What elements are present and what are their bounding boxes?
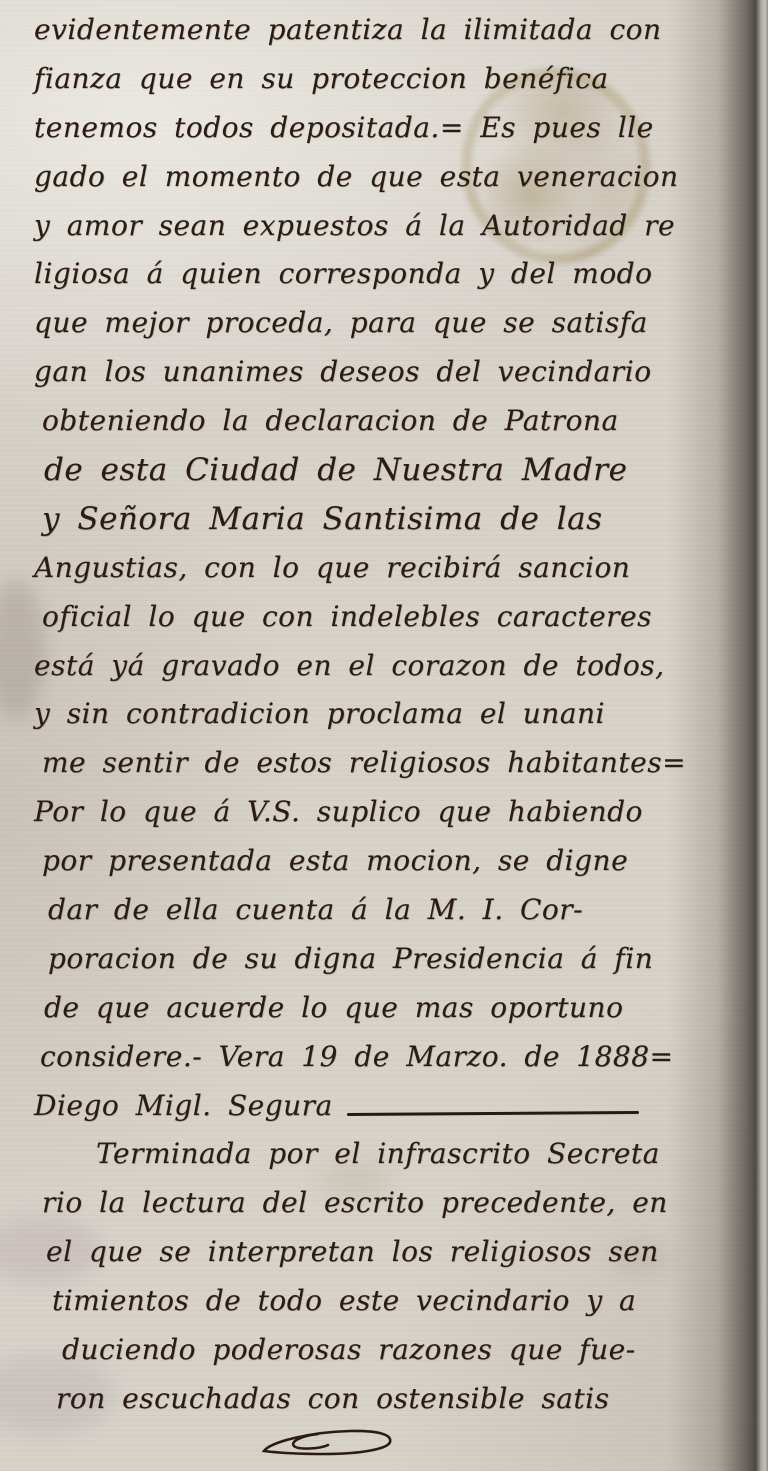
manuscript-line: me sentir de estos religiosos habitantes… <box>0 739 760 788</box>
manuscript-line: tenemos todos depositada.= Es pues lle <box>0 104 760 153</box>
manuscript-line: gado el momento de que esta veneracion <box>0 153 760 202</box>
manuscript-line: ron escuchadas con ostensible satis <box>0 1375 760 1424</box>
manuscript-line: Terminada por el infrascrito Secreta <box>0 1130 760 1179</box>
manuscript-line: está yá gravado en el corazon de todos, <box>0 642 760 691</box>
signature-name: Diego Migl. Segura <box>34 1082 333 1131</box>
manuscript-line: considere.- Vera 19 de Marzo. de 1888= <box>0 1033 760 1082</box>
manuscript-line: ligiosa á quien corresponda y del modo <box>0 250 760 299</box>
manuscript-line: y Señora Maria Santisima de las <box>0 495 760 544</box>
manuscript-line: rio la lectura del escrito precedente, e… <box>0 1179 760 1228</box>
manuscript-line: de esta Ciudad de Nuestra Madre <box>0 446 760 495</box>
manuscript-line: gan los unanimes deseos del vecindario <box>0 348 760 397</box>
manuscript-line: Angustias, con lo que recibirá sancion <box>0 544 760 593</box>
manuscript-text-block: evidentemente patentiza la ilimitada con… <box>0 6 760 1424</box>
manuscript-line: de que acuerde lo que mas oportuno <box>0 984 760 1033</box>
manuscript-line: fianza que en su proteccion benéfica <box>0 55 760 104</box>
scanned-page: evidentemente patentiza la ilimitada con… <box>0 0 768 1471</box>
manuscript-line: por presentada esta mocion, se digne <box>0 837 760 886</box>
signature-line: Diego Migl. Segura <box>0 1082 760 1131</box>
manuscript-line: y amor sean expuestos á la Autoridad re <box>0 202 760 251</box>
pen-flourish-icon <box>250 1418 400 1464</box>
manuscript-line: el que se interpretan los religiosos sen <box>0 1228 760 1277</box>
manuscript-line: obteniendo la declaracion de Patrona <box>0 397 760 446</box>
manuscript-line: oficial lo que con indelebles caracteres <box>0 593 760 642</box>
manuscript-line: Por lo que á V.S. suplico que habiendo <box>0 788 760 837</box>
manuscript-line: duciendo poderosas razones que fue- <box>0 1326 760 1375</box>
manuscript-line: que mejor proceda, para que se satisfa <box>0 299 760 348</box>
manuscript-line: poracion de su digna Presidencia á fin <box>0 935 760 984</box>
manuscript-line: evidentemente patentiza la ilimitada con <box>0 6 760 55</box>
manuscript-line: dar de ella cuenta á la M. I. Cor- <box>0 886 760 935</box>
manuscript-line: y sin contradicion proclama el unani <box>0 690 760 739</box>
manuscript-line: timientos de todo este vecindario y a <box>0 1277 760 1326</box>
signature-rule <box>347 1111 639 1116</box>
